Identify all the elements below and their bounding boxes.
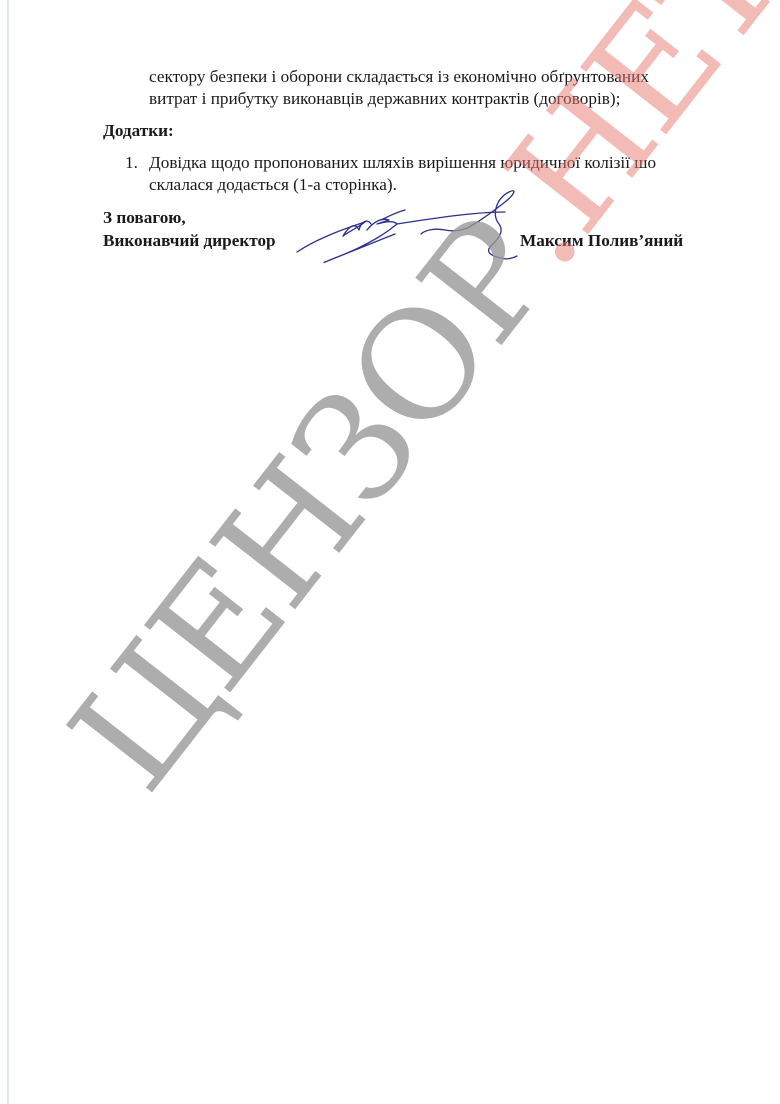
handwritten-signature [285, 190, 525, 280]
paragraph-continuation: сектору безпеки і оборони складається із… [149, 66, 709, 110]
paragraph-line-2: витрат і прибутку виконавців державних к… [149, 89, 620, 108]
appendix-item-line-1: Довідка щодо пропонованих шляхів вирішен… [149, 153, 656, 172]
document-page: сектору безпеки і оборони складається із… [0, 0, 780, 1104]
closing-block: З повагою, Виконавчий директор [103, 206, 276, 252]
closing-salutation: З повагою, [103, 208, 186, 227]
appendix-item-number: 1. [125, 152, 138, 174]
appendix-heading: Додатки: [103, 121, 174, 141]
signer-position: Виконавчий директор [103, 231, 276, 250]
signer-name: Максим Полив’яний [520, 229, 683, 252]
paragraph-line-1: сектору безпеки і оборони складається із… [149, 67, 649, 86]
